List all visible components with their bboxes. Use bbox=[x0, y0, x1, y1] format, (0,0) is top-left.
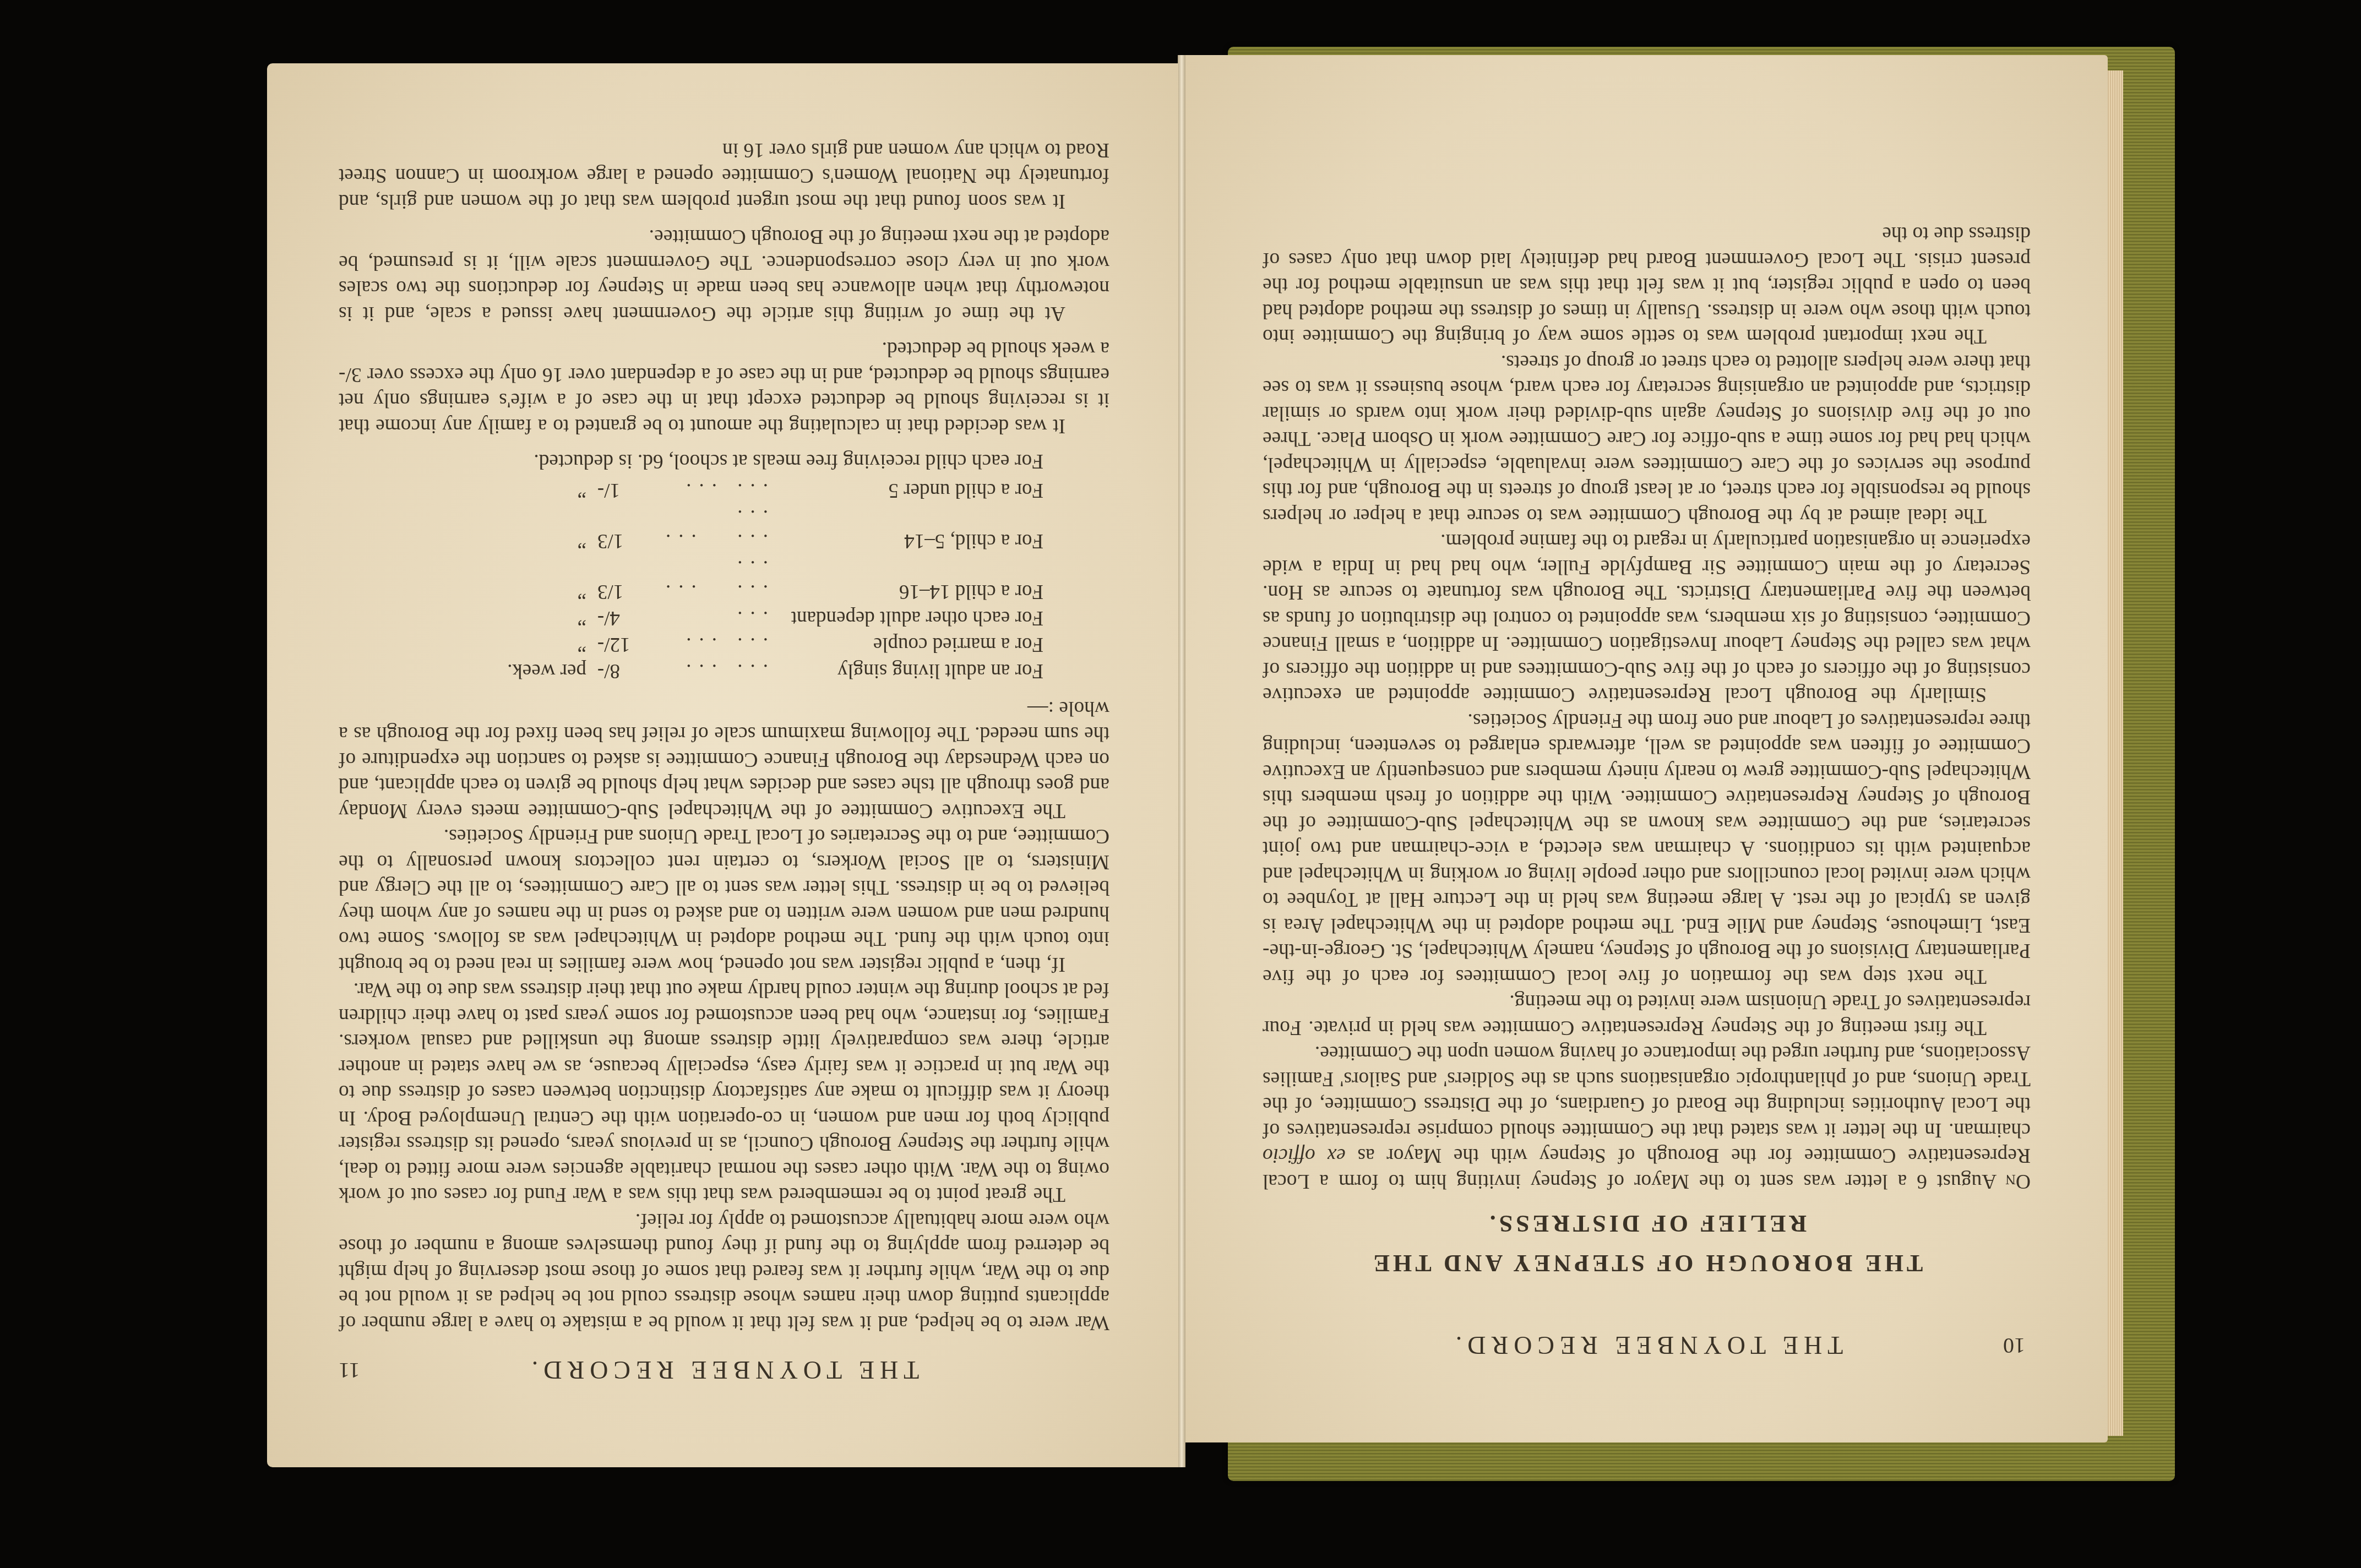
table-row: For a child 14–16... ... ...1/3” bbox=[507, 554, 1043, 605]
scale-label: For a married couple bbox=[768, 631, 1043, 658]
scale-amount: 8/- bbox=[586, 658, 658, 684]
page-body: THE BOROUGH OF STEPNEY AND THE RELIEF OF… bbox=[1263, 221, 2031, 1283]
drop-lead: On bbox=[2005, 1170, 2031, 1193]
book-gutter bbox=[1178, 55, 1185, 1467]
running-head: 10 THE TOYNBEE RECORD. bbox=[1185, 1321, 2108, 1360]
page-block-edge bbox=[2108, 70, 2123, 1436]
page-10: 10 THE TOYNBEE RECORD. THE BOROUGH OF ST… bbox=[1185, 55, 2108, 1442]
running-head-title: THE TOYNBEE RECORD. bbox=[267, 1355, 1178, 1385]
paragraph-text: chairman. In the letter it was stated th… bbox=[1263, 1042, 2031, 1142]
paragraph: It was soon found that the most urgent p… bbox=[339, 137, 1109, 214]
article-title-line-2: RELIEF OF DISTRESS. bbox=[1263, 1204, 2031, 1243]
table-row: For an adult living singly... ...8/-per … bbox=[507, 658, 1043, 684]
book-photo-rotated: 10 THE TOYNBEE RECORD. THE BOROUGH OF ST… bbox=[0, 0, 2361, 1568]
paragraph: The first meeting of the Stepney Represe… bbox=[1263, 989, 2031, 1040]
scale-amount: 1/3 bbox=[586, 554, 658, 605]
scale-unit: ” bbox=[507, 554, 586, 605]
scale-note: For each child receiving free meals at s… bbox=[339, 448, 1043, 474]
article-title-line-1: THE BOROUGH OF STEPNEY AND THE bbox=[1263, 1243, 2031, 1283]
scale-unit: ” bbox=[507, 631, 586, 658]
running-head-title: THE TOYNBEE RECORD. bbox=[1185, 1331, 2108, 1360]
scale-amount: 12/- bbox=[586, 631, 658, 658]
paragraph: The next step was the formation of five … bbox=[1263, 707, 2031, 989]
paragraph-text: August 6 a letter was sent to the Mayor … bbox=[1263, 1145, 2031, 1193]
table-row: For a child, 5–14... ... ...1/3” bbox=[507, 504, 1043, 554]
paragraph: The great point to be remembered was tha… bbox=[339, 977, 1109, 1207]
running-head: THE TOYNBEE RECORD. 11 bbox=[267, 1346, 1178, 1385]
scale-amount: 4/- bbox=[586, 605, 658, 631]
article-title: THE BOROUGH OF STEPNEY AND THE RELIEF OF… bbox=[1263, 1204, 2031, 1283]
leader-dots: ... bbox=[658, 605, 768, 631]
paragraph: The ideal aimed at by the Borough Commit… bbox=[1263, 349, 2031, 529]
scale-unit: ” bbox=[507, 605, 586, 631]
italic-term: ex officio bbox=[1263, 1145, 1346, 1167]
paragraph: If, then, a public register was not open… bbox=[339, 823, 1109, 977]
paragraph: War were to be helped, and it was felt t… bbox=[339, 1207, 1109, 1336]
paragraph: The next important problem was to settle… bbox=[1263, 221, 2031, 349]
scale-label: For a child 14–16 bbox=[768, 554, 1043, 605]
scale-label: For a child, 5–14 bbox=[768, 504, 1043, 554]
scale-unit: per week. bbox=[507, 658, 586, 684]
leader-dots: ... ... ... bbox=[658, 504, 768, 554]
paragraph: It was decided that in calculating the a… bbox=[339, 336, 1109, 438]
scale-amount: 1/- bbox=[586, 477, 658, 504]
scale-unit: ” bbox=[507, 504, 586, 554]
leader-dots: ... ... bbox=[658, 658, 768, 684]
scale-label: For each other adult dependant bbox=[768, 605, 1043, 631]
page-body: War were to be helped, and it was felt t… bbox=[339, 137, 1109, 1336]
paragraph: Similarly the Borough Local Representati… bbox=[1263, 528, 2031, 707]
page-11: THE TOYNBEE RECORD. 11 War were to be he… bbox=[267, 63, 1178, 1467]
table-row: For each other adult dependant...4/-” bbox=[507, 605, 1043, 631]
paragraph: The Executive Committee of the Whitechap… bbox=[339, 695, 1109, 824]
paragraph: On August 6 a letter was sent to the May… bbox=[1263, 1040, 2031, 1194]
leader-dots: ... ... bbox=[658, 477, 768, 504]
leader-dots: ... ... ... bbox=[658, 554, 768, 605]
scale-amount: 1/3 bbox=[586, 504, 658, 554]
table-row: For a child under 5... ...1/-” bbox=[507, 477, 1043, 504]
leader-dots: ... ... bbox=[658, 631, 768, 658]
page-number: 11 bbox=[339, 1358, 360, 1384]
scale-label: For an adult living singly bbox=[768, 658, 1043, 684]
scale-unit: ” bbox=[507, 477, 586, 504]
relief-scale-table: For an adult living singly... ...8/-per … bbox=[507, 477, 1043, 684]
table-row: For a married couple... ...12/-” bbox=[507, 631, 1043, 658]
paragraph: At the time of writing this article the … bbox=[339, 224, 1109, 326]
scale-label: For a child under 5 bbox=[768, 477, 1043, 504]
